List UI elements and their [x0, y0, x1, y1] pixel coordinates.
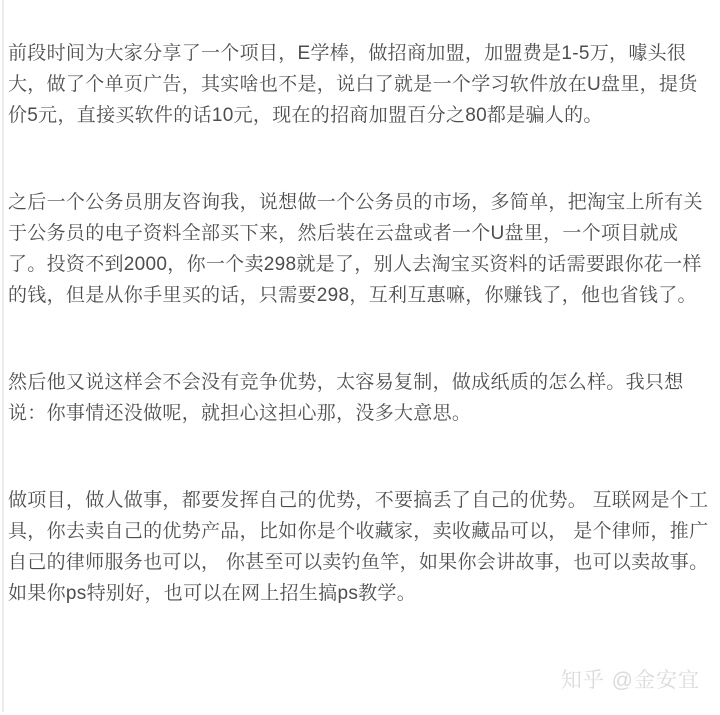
left-edge-line: [2, 0, 4, 712]
paragraph-4: 做项目，做人做事，都要发挥自己的优势，不要搞丢了自己的优势。 互联网是个工具，你…: [8, 485, 712, 609]
article-body: 前段时间为大家分享了一个项目，E学棒，做招商加盟，加盟费是1-5万，噱头很大，做…: [8, 38, 712, 609]
paragraph-3: 然后他又说这样会不会没有竞争优势，太容易复制，做成纸质的怎么样。我只想说：你事情…: [8, 367, 712, 429]
zhihu-watermark: 知乎 @金安宜: [561, 668, 700, 694]
paragraph-1: 前段时间为大家分享了一个项目，E学棒，做招商加盟，加盟费是1-5万，噱头很大，做…: [8, 38, 712, 131]
paragraph-2: 之后一个公务员朋友咨询我，说想做一个公务员的市场，多简单，把淘宝上所有关于公务员…: [8, 187, 712, 311]
